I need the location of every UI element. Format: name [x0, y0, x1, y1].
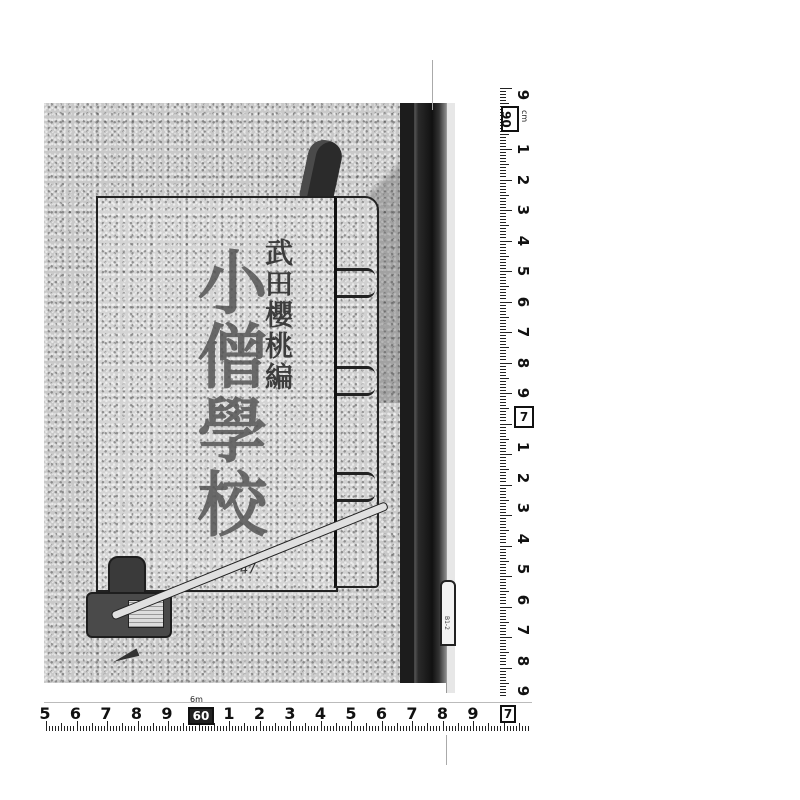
- ruler-tick: [500, 460, 506, 461]
- ruler-tick: [58, 726, 59, 731]
- ruler-tick: [500, 726, 501, 731]
- ruler-tick: [49, 726, 50, 731]
- ruler-tick: [500, 366, 506, 367]
- ruler-tick: [317, 726, 318, 731]
- ruler-tick: [500, 189, 506, 190]
- ruler-tick: [500, 332, 512, 333]
- ruler-tick: [375, 726, 376, 731]
- ruler-tick: [500, 552, 506, 553]
- ruler-tick: [500, 417, 506, 418]
- ruler-tick: [500, 481, 506, 482]
- ruler-tick: [266, 726, 267, 731]
- ruler-tick: [500, 253, 506, 254]
- ruler-tick: [500, 433, 506, 434]
- ruler-tick: [500, 369, 506, 370]
- ruler-tick: [247, 726, 248, 731]
- ruler-tick: [311, 726, 312, 731]
- ruler-tick: [433, 726, 434, 731]
- ruler-tick: [357, 726, 358, 731]
- ruler-tick: [500, 661, 506, 662]
- ruler-tick: [144, 726, 145, 731]
- ruler-tick: [500, 658, 506, 659]
- ruler-tick: [244, 723, 245, 731]
- ruler-tick: [500, 219, 506, 220]
- ruler-number: 5: [344, 704, 358, 723]
- ruler-tick: [293, 726, 294, 731]
- ruler-number: 9: [514, 682, 532, 700]
- ruler-tick: [500, 600, 506, 601]
- ruler-tick: [150, 726, 151, 731]
- ruler-tick: [391, 726, 392, 731]
- ruler-tick: [525, 726, 526, 731]
- ruler-tick: [500, 244, 506, 245]
- ruler-tick: [500, 402, 506, 403]
- vertical-ruler: 990cm1234567897123456789: [500, 88, 534, 713]
- ruler-tick: [500, 521, 506, 522]
- ruler-number: 4: [514, 232, 532, 250]
- ruler-tick: [186, 726, 187, 731]
- ruler-tick: [400, 726, 401, 731]
- ruler-number: 1: [514, 438, 532, 456]
- ruler-tick: [500, 268, 506, 269]
- ruler-tick: [500, 381, 506, 382]
- ruler-tick: [461, 726, 462, 731]
- ruler-tick: [500, 579, 506, 580]
- ruler-tick: [232, 726, 233, 731]
- ruler-tick: [500, 439, 509, 440]
- ruler-tick: [500, 302, 512, 303]
- ruler-tick: [519, 723, 520, 731]
- ruler-tick: [439, 726, 440, 731]
- ruler-tick: [500, 277, 506, 278]
- ruler-tick: [500, 146, 506, 147]
- ruler-tick: [500, 372, 506, 373]
- ruler-tick: [500, 149, 512, 150]
- ruler-tick: [128, 726, 129, 731]
- ruler-number: 8: [130, 704, 144, 723]
- ruler-tick: [500, 164, 509, 165]
- ruler-tick: [147, 726, 148, 731]
- ruler-tick: [205, 726, 206, 731]
- ruler-tick: [500, 607, 512, 608]
- ruler-tick: [500, 582, 506, 583]
- ruler-tick: [238, 726, 239, 731]
- ruler-tick: [363, 726, 364, 731]
- ruler-tick: [500, 204, 506, 205]
- ruler-tick: [500, 262, 506, 263]
- ruler-number: 8: [514, 354, 532, 372]
- ruler-number: 4: [314, 704, 328, 723]
- ruler-tick: [500, 603, 506, 604]
- ruler-tick: [52, 726, 53, 731]
- ruler-tick: [394, 726, 395, 731]
- ruler-tick: [500, 488, 506, 489]
- ruler-tick: [500, 427, 506, 428]
- ruler-tick: [500, 585, 506, 586]
- ruler-tick: [500, 668, 512, 669]
- ruler-number: 7: [99, 704, 113, 723]
- spine-label-text: B1-2: [443, 616, 450, 630]
- ruler-tick: [500, 631, 506, 632]
- ruler-tick: [122, 723, 123, 731]
- ruler-tick: [345, 726, 346, 731]
- ruler-number: 4: [514, 530, 532, 548]
- ruler-number: 7: [405, 704, 419, 723]
- ruler-tick: [500, 228, 506, 229]
- ruler-tick: [500, 176, 506, 177]
- ruler-number: 6: [514, 293, 532, 311]
- ruler-tick: [500, 180, 512, 181]
- ruler-tick: [467, 726, 468, 731]
- horizontal-ruler: 56789606m1234567897: [44, 702, 532, 733]
- ruler-tick: [113, 726, 114, 731]
- ruler-tick: [500, 500, 509, 501]
- ruler-tick: [500, 692, 506, 693]
- ruler-tick: [500, 539, 506, 540]
- ruler-tick: [500, 344, 506, 345]
- ruler-tick: [302, 726, 303, 731]
- ruler-tick: [500, 271, 512, 272]
- ruler-tick: [500, 88, 512, 89]
- ruler-tick: [116, 726, 117, 731]
- ruler-number: 7: [514, 621, 532, 639]
- ruler-tick: [500, 436, 506, 437]
- ruler-tick: [500, 640, 506, 641]
- ruler-tick: [500, 405, 506, 406]
- ruler-tick: [500, 430, 506, 431]
- ruler-tick: [500, 292, 506, 293]
- ruler-tick: [500, 231, 506, 232]
- ruler-tick: [333, 726, 334, 731]
- ruler-tick: [491, 726, 492, 731]
- ruler-number: 3: [283, 704, 297, 723]
- ruler-tick: [192, 726, 193, 731]
- ruler-tick: [208, 726, 209, 731]
- ruler-number: 9: [514, 86, 532, 104]
- ruler-tick: [500, 597, 506, 598]
- ruler-tick: [95, 726, 96, 731]
- ruler-tick: [500, 396, 506, 397]
- ruler-tick: [464, 726, 465, 731]
- ruler-tick: [220, 726, 221, 731]
- ruler-tick: [497, 726, 498, 731]
- ruler-tick: [500, 320, 506, 321]
- ruler-number: 2: [253, 704, 267, 723]
- ruler-tick: [500, 393, 512, 394]
- ruler-tick: [500, 567, 506, 568]
- ruler-tick: [403, 726, 404, 731]
- ruler-tick: [500, 527, 506, 528]
- ruler-tick: [500, 347, 509, 348]
- ruler-unit-label: cm: [520, 110, 529, 122]
- ruler-tick: [500, 628, 506, 629]
- ruler-tick: [500, 329, 506, 330]
- ruler-tick: [500, 549, 506, 550]
- ruler-tick: [500, 201, 506, 202]
- ruler-tick: [500, 210, 512, 211]
- ruler-tick: [180, 726, 181, 731]
- ruler-tick: [500, 610, 506, 611]
- ruler-tick: [513, 726, 514, 731]
- ruler-tick: [500, 466, 506, 467]
- ruler-number: 8: [514, 652, 532, 670]
- ruler-tick: [500, 454, 512, 455]
- ruler-tick: [507, 726, 508, 731]
- ruler-tick: [500, 356, 506, 357]
- ruler-tick: [494, 726, 495, 731]
- ruler-tick: [500, 286, 509, 287]
- book-title: 小僧學校: [168, 246, 268, 542]
- ruler-tick: [162, 726, 163, 731]
- ruler-tick: [223, 726, 224, 731]
- ruler-number: 9: [466, 704, 480, 723]
- ruler-tick: [500, 134, 509, 135]
- scan-artifact: [432, 60, 433, 110]
- ruler-tick: [500, 576, 512, 577]
- spine-band: [337, 366, 375, 396]
- ruler-tick: [61, 723, 62, 731]
- ruler-tick: [500, 326, 506, 327]
- ruler-tick: [500, 314, 506, 315]
- ruler-tick: [174, 726, 175, 731]
- ruler-tick: [101, 726, 102, 731]
- ruler-tick: [500, 170, 506, 171]
- ruler-tick: [202, 726, 203, 731]
- spine-band: [337, 268, 375, 298]
- ruler-tick: [217, 726, 218, 731]
- ruler-tick: [476, 726, 477, 731]
- ruler-tick: [348, 726, 349, 731]
- ruler-tick: [159, 726, 160, 731]
- ruler-tick: [500, 683, 509, 684]
- ruler-tick: [500, 491, 506, 492]
- ruler-tick: [378, 726, 379, 731]
- ruler-tick: [500, 186, 506, 187]
- ruler-tick: [500, 613, 506, 614]
- ruler-number: 6: [69, 704, 83, 723]
- ruler-tick: [500, 225, 509, 226]
- ruler-tick: [183, 723, 184, 731]
- ruler-tick: [500, 646, 506, 647]
- ruler-tick: [500, 680, 506, 681]
- ruler-tick: [500, 158, 506, 159]
- ruler-tick: [92, 723, 93, 731]
- ruler-tick: [275, 723, 276, 731]
- ruler-tick: [528, 726, 529, 731]
- ruler-tick: [500, 478, 506, 479]
- ruler-tick: [500, 616, 506, 617]
- ruler-tick: [500, 195, 509, 196]
- ruler-tick: [500, 317, 509, 318]
- ruler-tick: [500, 411, 506, 412]
- scan-artifact: [446, 735, 447, 765]
- ruler-tick: [500, 546, 512, 547]
- ruler-tick: [500, 341, 506, 342]
- ruler-tick: [250, 726, 251, 731]
- ruler-tick: [500, 283, 506, 284]
- ruler-tick: [500, 695, 506, 696]
- ruler-tick: [324, 726, 325, 731]
- ruler-tick: [500, 97, 506, 98]
- ruler-tick: [500, 247, 506, 248]
- ruler-tick: [500, 143, 506, 144]
- ruler-tick: [500, 524, 506, 525]
- ruler-tick: [500, 475, 506, 476]
- ruler-tick: [500, 536, 506, 537]
- ruler-tick: [336, 723, 337, 731]
- ruler-tick: [500, 561, 509, 562]
- ruler-tick: [388, 726, 389, 731]
- ruler-tick: [269, 726, 270, 731]
- ruler-section-label: 60: [188, 707, 214, 725]
- ruler-tick: [500, 573, 506, 574]
- ruler-tick: [500, 509, 506, 510]
- ruler-tick: [314, 726, 315, 731]
- ruler-number: 9: [514, 384, 532, 402]
- ruler-number: 7: [514, 323, 532, 341]
- ruler-tick: [80, 726, 81, 731]
- ruler-tick: [488, 723, 489, 731]
- ruler-number: 6: [375, 704, 389, 723]
- ruler-unit-label: 6m: [190, 695, 203, 704]
- ruler-tick: [500, 173, 506, 174]
- ruler-tick: [339, 726, 340, 731]
- ruler-tick: [500, 564, 506, 565]
- ruler-tick: [284, 726, 285, 731]
- ruler-tick: [500, 103, 509, 104]
- ruler-tick: [500, 256, 509, 257]
- ruler-tick: [430, 726, 431, 731]
- ruler-tick: [500, 515, 512, 516]
- ruler-tick: [500, 353, 506, 354]
- ruler-tick: [177, 726, 178, 731]
- ruler-tick: [272, 726, 273, 731]
- ruler-tick: [500, 588, 506, 589]
- ruler-tick: [500, 442, 506, 443]
- ruler-tick: [500, 152, 506, 153]
- ruler-tick: [455, 726, 456, 731]
- ruler-tick: [500, 674, 506, 675]
- ruler-tick: [409, 726, 410, 731]
- ruler-tick: [500, 274, 506, 275]
- ruler-tick: [253, 726, 254, 731]
- ruler-tick: [369, 726, 370, 731]
- ruler-tick: [256, 726, 257, 731]
- ruler-tick: [500, 305, 506, 306]
- ruler-tick: [500, 378, 509, 379]
- ruler-tick: [278, 726, 279, 731]
- ruler-tick: [500, 375, 506, 376]
- ruler-tick: [436, 726, 437, 731]
- book-author: 武田櫻桃編: [262, 238, 292, 393]
- ruler-tick: [296, 726, 297, 731]
- ruler-tick: [165, 726, 166, 731]
- ruler-tick: [500, 533, 506, 534]
- ruler-tick: [500, 472, 506, 473]
- ruler-number: 1: [222, 704, 236, 723]
- ruler-tick: [500, 335, 506, 336]
- ruler-tick: [171, 726, 172, 731]
- ruler-tick: [470, 726, 471, 731]
- ruler-number: 1: [514, 140, 532, 158]
- ruler-tick: [67, 726, 68, 731]
- ruler-tick: [449, 726, 450, 731]
- ruler-tick: [366, 723, 367, 731]
- ruler-tick: [418, 726, 419, 731]
- ruler-tick: [479, 726, 480, 731]
- ruler-tick: [510, 726, 511, 731]
- ruler-tick: [299, 726, 300, 731]
- ruler-tick: [500, 241, 512, 242]
- ruler-tick: [500, 259, 506, 260]
- ruler-tick: [500, 497, 506, 498]
- ruler-tick: [360, 726, 361, 731]
- ruler-tick: [516, 726, 517, 731]
- ruler-tick: [500, 363, 512, 364]
- ruler-tick: [70, 726, 71, 731]
- ruler-tick: [500, 677, 506, 678]
- ruler-tick: [500, 222, 506, 223]
- ruler-tick: [500, 265, 506, 266]
- ruler-number: 3: [514, 499, 532, 517]
- ruler-tick: [500, 183, 506, 184]
- ruler-tick: [134, 726, 135, 731]
- ruler-tick: [397, 723, 398, 731]
- ruler-tick: [226, 726, 227, 731]
- ruler-tick: [500, 512, 506, 513]
- ruler-tick: [131, 726, 132, 731]
- ruler-tick: [500, 448, 506, 449]
- ruler-tick: [500, 295, 506, 296]
- ruler-tick: [424, 726, 425, 731]
- ruler-number: 2: [514, 171, 532, 189]
- ruler-tick: [500, 137, 506, 138]
- ruler-tick: [500, 216, 506, 217]
- ruler-tick: [500, 161, 506, 162]
- ruler-tick: [500, 140, 506, 141]
- ruler-tick: [500, 338, 506, 339]
- ruler-tick: [500, 506, 506, 507]
- ruler-tick: [500, 250, 506, 251]
- ruler-tick: [500, 634, 506, 635]
- ruler-tick: [500, 399, 506, 400]
- ruler-tick: [500, 350, 506, 351]
- ruler-tick: [500, 671, 506, 672]
- ruler-number: 5: [38, 704, 52, 723]
- ruler-tick: [500, 424, 512, 425]
- ruler-tick: [452, 726, 453, 731]
- ruler-tick: [500, 445, 506, 446]
- ruler-tick: [500, 451, 506, 452]
- ruler-tick: [98, 726, 99, 731]
- ruler-tick: [500, 655, 506, 656]
- ruler-tick: [446, 726, 447, 731]
- ruler-tick: [55, 726, 56, 731]
- ruler-tick: [308, 726, 309, 731]
- ruler-tick: [119, 726, 120, 731]
- ruler-tick: [500, 420, 506, 421]
- ruler-tick: [500, 542, 506, 543]
- ruler-tick: [500, 237, 506, 238]
- ruler-number: 5: [514, 262, 532, 280]
- ruler-tick: [500, 91, 506, 92]
- ruler-tick: [281, 726, 282, 731]
- ruler-tick: [64, 726, 65, 731]
- ruler-tick: [500, 408, 509, 409]
- spine-band: [337, 472, 375, 502]
- ruler-tick: [500, 649, 506, 650]
- ruler-tick: [86, 726, 87, 731]
